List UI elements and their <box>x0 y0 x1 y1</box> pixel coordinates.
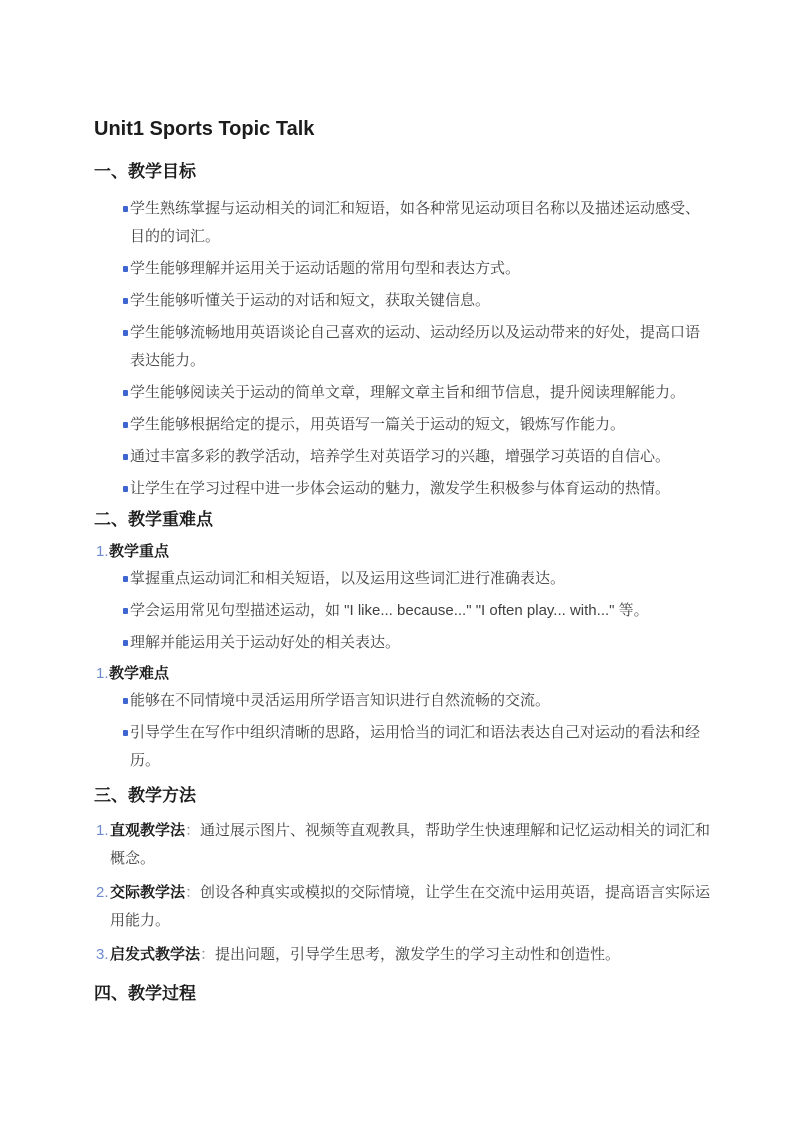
bullet-icon <box>123 454 128 460</box>
bullet-icon <box>123 576 128 582</box>
method-label: 交际教学法 <box>110 884 185 901</box>
method-label: 启发式教学法 <box>110 946 200 963</box>
list-number: 2. <box>96 879 109 907</box>
bullet-icon <box>123 206 128 212</box>
list-number: 1. <box>96 817 109 845</box>
list-item: 学生能够根据给定的提示，用英语写一篇关于运动的短文，锻炼写作能力。 <box>94 411 706 439</box>
bullet-icon <box>123 608 128 614</box>
label-colon: ： <box>185 822 200 839</box>
list-item-text: 通过丰富多彩的教学活动，培养学生对英语学习的兴趣，增强学习英语的自信心。 <box>130 448 670 465</box>
numbered-subheading-difficult-point: 1.教学难点 <box>94 661 722 687</box>
list-item-text: 学生能够阅读关于运动的简单文章，理解文章主旨和细节信息，提升阅读理解能力。 <box>130 384 685 401</box>
subheading-label: 教学难点 <box>109 665 169 682</box>
list-item-text: 学会运用常见句型描述运动，如 "I like... because..." "I… <box>130 602 649 619</box>
list-item: 学生能够阅读关于运动的简单文章，理解文章主旨和细节信息，提升阅读理解能力。 <box>94 379 706 407</box>
label-colon: ： <box>200 946 215 963</box>
method-text: 创设各种真实或模拟的交际情境，让学生在交流中运用英语，提高语言实际运用能力。 <box>110 884 710 929</box>
list-item-text: 掌握重点运动词汇和相关短语，以及运用这些词汇进行准确表达。 <box>130 570 565 587</box>
bullet-icon <box>123 298 128 304</box>
document-title: Unit1 Sports Topic Talk <box>94 117 722 141</box>
list-item: 学生能够流畅地用英语谈论自己喜欢的运动、运动经历以及运动带来的好处，提高口语表达… <box>94 319 706 375</box>
label-colon: ： <box>185 884 200 901</box>
subheading-label: 教学重点 <box>109 543 169 560</box>
list-item: 理解并能运用关于运动好处的相关表达。 <box>94 629 706 657</box>
list-item-text: 学生熟练掌握与运动相关的词汇和短语，如各种常见运动项目名称以及描述运动感受、目的… <box>130 200 700 245</box>
list-number: 1. <box>96 539 109 565</box>
section-heading-key-points: 二、教学重难点 <box>94 509 722 531</box>
bullet-icon <box>123 640 128 646</box>
list-number: 1. <box>96 661 109 687</box>
methods-list: 1.直观教学法：通过展示图片、视频等直观教具，帮助学生快速理解和记忆运动相关的词… <box>94 817 722 969</box>
list-item: 引导学生在写作中组织清晰的思路，运用恰当的词汇和语法表达自己对运动的看法和经历。 <box>94 719 706 775</box>
bullet-icon <box>123 730 128 736</box>
bullet-icon <box>123 330 128 336</box>
list-item-text: 理解并能运用关于运动好处的相关表达。 <box>130 634 400 651</box>
list-item: 学生能够听懂关于运动的对话和短文，获取关键信息。 <box>94 287 706 315</box>
list-item: 让学生在学习过程中进一步体会运动的魅力，激发学生积极参与体育运动的热情。 <box>94 475 706 503</box>
list-number: 3. <box>96 941 109 969</box>
numbered-subheading-key-point: 1.教学重点 <box>94 539 722 565</box>
method-text: 提出问题，引导学生思考，激发学生的学习主动性和创造性。 <box>215 946 620 963</box>
list-item-text: 学生能够理解并运用关于运动话题的常用句型和表达方式。 <box>130 260 520 277</box>
method-item: 2.交际教学法：创设各种真实或模拟的交际情境，让学生在交流中运用英语，提高语言实… <box>94 879 716 935</box>
list-item-text: 学生能够听懂关于运动的对话和短文，获取关键信息。 <box>130 292 490 309</box>
bullet-icon <box>123 266 128 272</box>
method-text: 通过展示图片、视频等直观教具，帮助学生快速理解和记忆运动相关的词汇和概念。 <box>110 822 710 867</box>
section-heading-process: 四、教学过程 <box>94 983 722 1005</box>
list-item-text: 让学生在学习过程中进一步体会运动的魅力，激发学生积极参与体育运动的热情。 <box>130 480 670 497</box>
list-item-text: 能够在不同情境中灵活运用所学语言知识进行自然流畅的交流。 <box>130 692 550 709</box>
list-item-text: 学生能够流畅地用英语谈论自己喜欢的运动、运动经历以及运动带来的好处，提高口语表达… <box>130 324 700 369</box>
list-item: 学生熟练掌握与运动相关的词汇和短语，如各种常见运动项目名称以及描述运动感受、目的… <box>94 195 706 251</box>
difficult-point-list: 能够在不同情境中灵活运用所学语言知识进行自然流畅的交流。 引导学生在写作中组织清… <box>94 687 722 775</box>
bullet-icon <box>123 698 128 704</box>
list-item: 掌握重点运动词汇和相关短语，以及运用这些词汇进行准确表达。 <box>94 565 706 593</box>
method-item: 1.直观教学法：通过展示图片、视频等直观教具，帮助学生快速理解和记忆运动相关的词… <box>94 817 716 873</box>
list-item-text: 引导学生在写作中组织清晰的思路，运用恰当的词汇和语法表达自己对运动的看法和经历。 <box>130 724 700 769</box>
bullet-icon <box>123 486 128 492</box>
document-page: Unit1 Sports Topic Talk 一、教学目标 学生熟练掌握与运动… <box>0 0 794 1123</box>
bullet-icon <box>123 390 128 396</box>
list-item: 学生能够理解并运用关于运动话题的常用句型和表达方式。 <box>94 255 706 283</box>
key-point-list: 掌握重点运动词汇和相关短语，以及运用这些词汇进行准确表达。 学会运用常见句型描述… <box>94 565 722 657</box>
method-label: 直观教学法 <box>110 822 185 839</box>
method-item: 3.启发式教学法：提出问题，引导学生思考，激发学生的学习主动性和创造性。 <box>94 941 716 969</box>
list-item-text: 学生能够根据给定的提示，用英语写一篇关于运动的短文，锻炼写作能力。 <box>130 416 625 433</box>
objectives-list: 学生熟练掌握与运动相关的词汇和短语，如各种常见运动项目名称以及描述运动感受、目的… <box>94 195 722 503</box>
list-item: 能够在不同情境中灵活运用所学语言知识进行自然流畅的交流。 <box>94 687 706 715</box>
section-heading-methods: 三、教学方法 <box>94 785 722 807</box>
list-item: 学会运用常见句型描述运动，如 "I like... because..." "I… <box>94 597 706 625</box>
bullet-icon <box>123 422 128 428</box>
section-heading-objectives: 一、教学目标 <box>94 161 722 183</box>
list-item: 通过丰富多彩的教学活动，培养学生对英语学习的兴趣，增强学习英语的自信心。 <box>94 443 706 471</box>
